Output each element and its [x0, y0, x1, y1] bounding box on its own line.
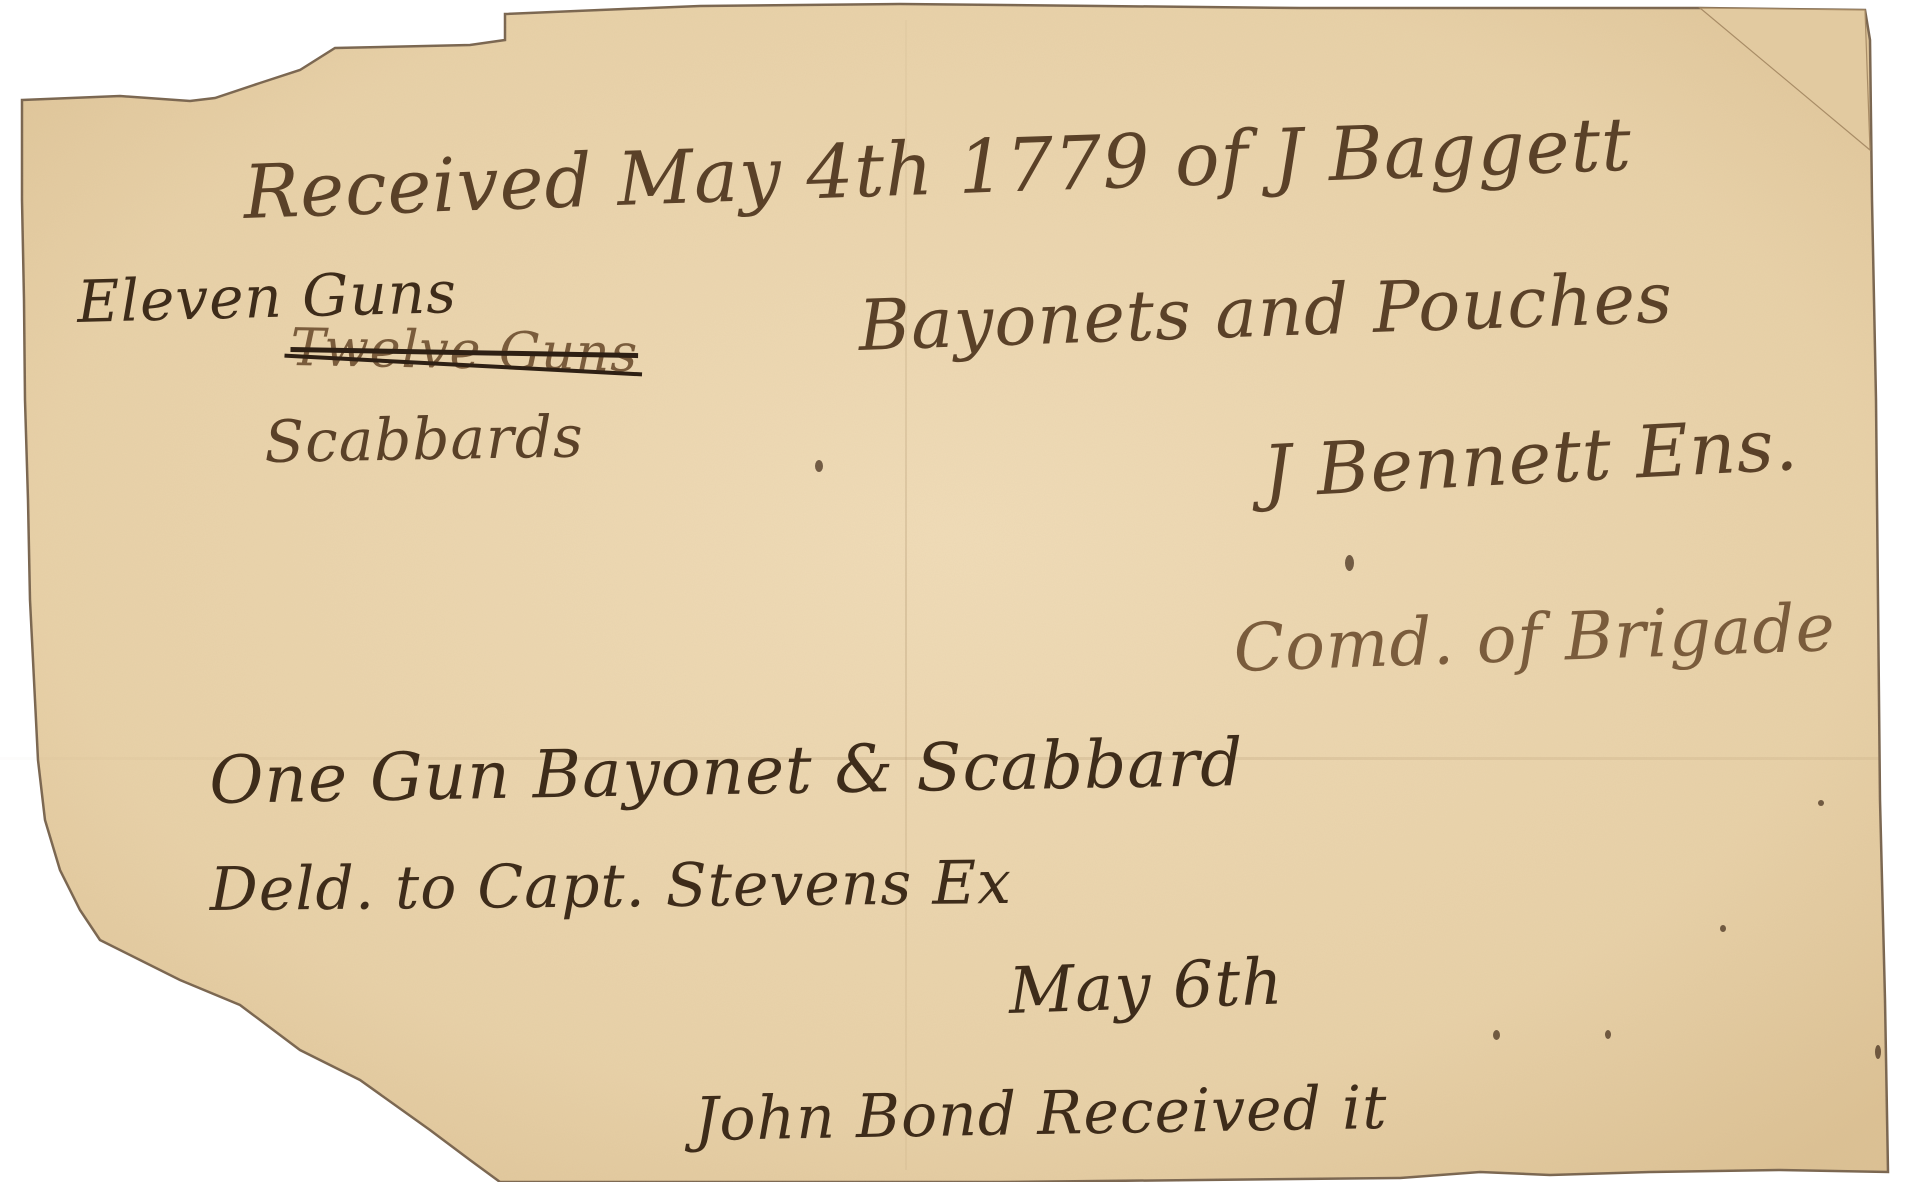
delivered-to-capt-text: Deld. to Capt. Stevens Ex — [209, 848, 1012, 925]
john-bond-received-text: John Bond Received it — [694, 1073, 1388, 1155]
struck-words: Twelve Guns — [290, 318, 639, 384]
document-scan: Received May 4th 1779 of J Baggett Eleve… — [0, 0, 1908, 1182]
scabbards-text: Scabbards — [264, 402, 584, 476]
ink-spot — [1605, 1030, 1611, 1039]
ink-spot — [1818, 800, 1824, 806]
may-6th-date-text: May 6th — [1007, 945, 1284, 1029]
struck-twelve-guns-text: Twelve Guns — [290, 318, 639, 384]
struck-text: Twelve Guns — [290, 318, 639, 384]
ink-spot — [1345, 555, 1354, 571]
ink-spot — [1875, 1045, 1881, 1059]
ink-spot — [1493, 1030, 1500, 1040]
ink-spot — [1720, 925, 1726, 932]
ink-spot — [815, 460, 823, 472]
